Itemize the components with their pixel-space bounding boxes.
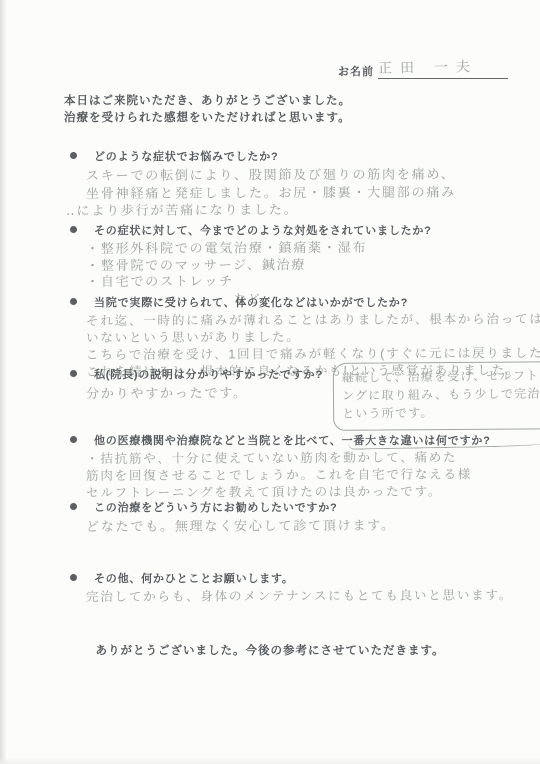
question-label: この治療をどういう方にお勧めしたいですか? bbox=[64, 501, 534, 515]
bullet-icon bbox=[70, 503, 77, 510]
question-block-recommend-to-whom: この治療をどういう方にお勧めしたいですか? どなたでも。無理なく安心して診て頂け… bbox=[64, 501, 534, 536]
name-underline: 正田 一夫 bbox=[378, 57, 508, 79]
question-block-symptoms: どのような症状でお悩みでしたか? スキーでの転倒により、股関節及び廻りの筋肉を痛… bbox=[64, 150, 534, 220]
answer-line: ・整形外科院での電気治療・鎮痛薬・湿布 bbox=[86, 239, 534, 257]
answer-line: いないという思いがありました。 bbox=[86, 328, 534, 347]
footer-thanks-text: ありがとうございました。今後の参考にさせていただきます。 bbox=[0, 642, 540, 658]
question-block-previous-treatments: その症状に対して、今までどのような対処をされていましたか? ・整形外科院での電気… bbox=[64, 224, 534, 307]
bullet-icon bbox=[70, 298, 77, 305]
question-block-final-comment: その他、何かひとことお願いします。 完治してからも、身体のメンテナンスにもとても… bbox=[64, 572, 534, 607]
answer-line: ‥により歩行が苦痛になりました。 bbox=[66, 200, 534, 220]
side-note-line: という所です。 bbox=[342, 402, 540, 423]
answer-line: 完治してからも、身体のメンテナンスにもとても良いと思います。 bbox=[86, 587, 534, 606]
handwritten-answer: ・拮抗筋や、十分に使えていない筋肉を動かして、痛めた 筋肉を回復させることでしょ… bbox=[64, 451, 534, 502]
answer-line: ・拮抗筋や、十分に使えていない筋肉を動かして、痛めた bbox=[86, 449, 534, 468]
name-label: お名前 bbox=[338, 63, 374, 79]
name-row: お名前正田 一夫 bbox=[338, 57, 533, 79]
question-label: どのような症状でお悩みでしたか? bbox=[64, 150, 534, 164]
question-block-biggest-difference: 他の医療機関や治療院などと当院とを比べて、一番大きな違いは何ですか? ・拮抗筋や… bbox=[64, 434, 534, 502]
question-label: その症状に対して、今までどのような対処をされていましたか? bbox=[64, 224, 534, 238]
answer-line: ・整骨院でのマッサージ、鍼治療 bbox=[86, 256, 534, 274]
bullet-icon bbox=[70, 436, 77, 443]
answer-line: どなたでも。無理なく安心して診て頂けます。 bbox=[86, 516, 534, 535]
greeting-line-1: 本日はご来院いただき、ありがとうございました。 bbox=[64, 93, 351, 110]
side-note-line: ングに取り組み、もう少しで完治 bbox=[342, 384, 540, 405]
bullet-icon bbox=[70, 574, 77, 581]
answer-line: セルフトレーニングを教えて頂けたのは良かったです。 bbox=[86, 483, 534, 502]
scanned-questionnaire-page: お名前正田 一夫 本日はご来院いただき、ありがとうございました。 治療を受けられ… bbox=[0, 0, 540, 764]
answer-line: 坐骨神経痛と発症しました。お尻・膝裏・大腿部の痛み bbox=[86, 183, 534, 202]
bullet-icon bbox=[70, 226, 77, 233]
side-note-line: 継続して、治療を受け、セルフトレーニ bbox=[342, 366, 540, 387]
bullet-icon bbox=[70, 152, 77, 159]
question-label: 当院で実際に受けられて、体の変化などはいかがでしたか? bbox=[64, 296, 534, 310]
handwritten-answer: スキーでの転倒により、股関節及び廻りの筋肉を痛め、 坐骨神経痛と発症しました。お… bbox=[64, 167, 534, 220]
answer-line: それ迄、一時的に痛みが薄れることはありましたが、根本から治っては bbox=[86, 311, 534, 330]
question-label: 他の医療機関や治療院などと当院とを比べて、一番大きな違いは何ですか? bbox=[64, 434, 534, 448]
handwritten-answer: 完治してからも、身体のメンテナンスにもとても良いと思います。 bbox=[64, 589, 534, 607]
greeting-text: 本日はご来院いただき、ありがとうございました。 治療を受けられた感想をいただけれ… bbox=[64, 93, 351, 127]
greeting-line-2: 治療を受けられた感想をいただければと思います。 bbox=[64, 110, 351, 127]
scan-edge-bottom bbox=[0, 758, 540, 764]
bullet-icon bbox=[70, 370, 77, 377]
handwritten-side-note-box: 継続して、治療を受け、セルフトレーニ ングに取り組み、もう少しで完治 という所で… bbox=[333, 361, 540, 431]
name-value-handwritten: 正田 一夫 bbox=[378, 56, 478, 78]
answer-line: ・自宅でのストレッチ bbox=[86, 272, 534, 290]
answer-line: 筋肉を回復させることでしょうか。これを自宅で行なえる様 bbox=[86, 466, 534, 485]
answer-line: スキーでの転倒により、股関節及び廻りの筋肉を痛め、 bbox=[86, 165, 534, 184]
handwritten-answer: どなたでも。無理なく安心して診て頂けます。 bbox=[64, 518, 534, 536]
question-label: その他、何かひとことお願いします。 bbox=[64, 572, 534, 586]
